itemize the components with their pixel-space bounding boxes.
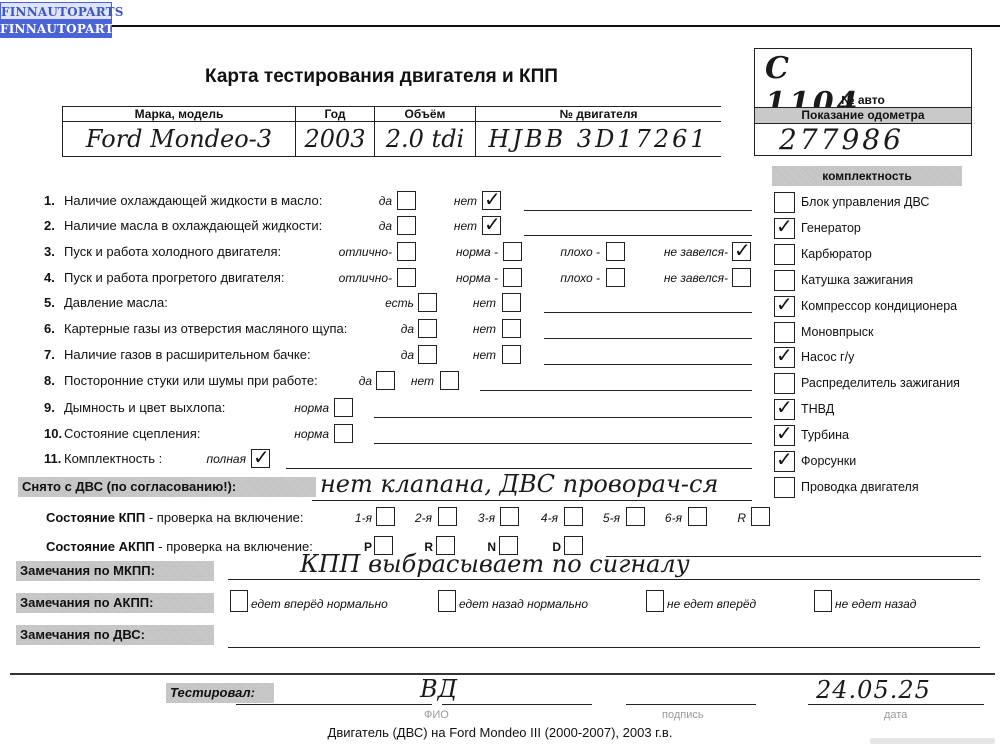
checkbox[interactable] bbox=[732, 242, 751, 261]
akpp-row: Состояние АКПП - проверка на включение: bbox=[46, 539, 313, 554]
checkbox[interactable] bbox=[503, 268, 522, 287]
kpp-gear-label: 1-я bbox=[355, 511, 372, 525]
komplektnost-checkbox[interactable] bbox=[774, 244, 795, 265]
check-number: 1. bbox=[44, 193, 64, 208]
name-caption: ФИО bbox=[424, 709, 449, 721]
check-option-label: нет bbox=[454, 194, 477, 208]
notes-line[interactable] bbox=[544, 364, 752, 365]
check-label: Пуск и работа холодного двигателя: bbox=[64, 244, 281, 259]
check-option-label: нет bbox=[411, 374, 434, 388]
checkbox[interactable] bbox=[502, 293, 521, 312]
checkbox[interactable] bbox=[376, 371, 395, 390]
date-caption: дата bbox=[884, 709, 907, 721]
komplektnost-checkbox[interactable] bbox=[774, 218, 795, 239]
check-label: Наличие масла в охлаждающей жидкости: bbox=[64, 218, 322, 233]
komplektnost-header: комплектность bbox=[772, 166, 962, 186]
col-header-make-model: Марка, модель bbox=[63, 107, 296, 122]
section-divider bbox=[10, 673, 995, 675]
check-row: 2.Наличие масла в охлаждающей жидкости: bbox=[44, 218, 322, 233]
akpp-remark-label: едет назад нормально bbox=[459, 597, 588, 611]
check-number: 9. bbox=[44, 400, 64, 415]
check-row: 11.Комплектность : bbox=[44, 451, 162, 466]
checkbox[interactable] bbox=[606, 268, 625, 287]
checkbox[interactable] bbox=[502, 345, 521, 364]
check-option-label: нет bbox=[454, 219, 477, 233]
notes-line[interactable] bbox=[480, 390, 752, 391]
sign-underline bbox=[626, 704, 756, 705]
year-value[interactable]: 2003 bbox=[296, 122, 375, 157]
removed-underline bbox=[312, 500, 752, 501]
check-label: Наличие охлаждающей жидкости в масло: bbox=[64, 193, 322, 208]
check-option-label: да bbox=[379, 219, 392, 233]
notes-line[interactable] bbox=[374, 443, 752, 444]
check-option-label: плохо - bbox=[560, 245, 600, 259]
volume-value[interactable]: 2.0 tdi bbox=[375, 122, 476, 157]
kpp-gear-checkbox[interactable] bbox=[438, 507, 457, 526]
akpp-remark-checkbox[interactable] bbox=[230, 590, 248, 612]
komplektnost-checkbox[interactable] bbox=[774, 477, 795, 498]
check-option-label: отлично- bbox=[339, 245, 392, 259]
komplektnost-checkbox[interactable] bbox=[774, 270, 795, 291]
kpp-gear-label: R bbox=[737, 511, 746, 525]
check-option-label: норма bbox=[294, 427, 329, 441]
check-row: 3.Пуск и работа холодного двигателя: bbox=[44, 244, 281, 259]
watermark-logo-top: FINNAUTOPARTS bbox=[0, 2, 112, 20]
kpp-gear-label: 3-я bbox=[478, 511, 495, 525]
check-option-label: нет bbox=[473, 296, 496, 310]
kpp-row: Состояние КПП - проверка на включение: bbox=[46, 510, 303, 525]
check-row: 1.Наличие охлаждающей жидкости в масло: bbox=[44, 193, 322, 208]
tested-by-label: Тестировал: bbox=[166, 683, 274, 703]
komplektnost-checkbox[interactable] bbox=[774, 451, 795, 472]
komplektnost-item-label: Форсунки bbox=[801, 454, 856, 468]
date-underline bbox=[808, 704, 984, 705]
kpp-gear-checkbox[interactable] bbox=[751, 507, 770, 526]
notes-line[interactable] bbox=[286, 468, 752, 469]
check-label: Наличие газов в расширительном бачке: bbox=[64, 347, 311, 362]
image-caption: Двигатель (ДВС) на Ford Mondeo III (2000… bbox=[0, 725, 1000, 740]
checkbox[interactable] bbox=[397, 216, 416, 235]
check-row: 8.Посторонние стуки или шумы при работе: bbox=[44, 373, 318, 388]
vehicle-info-table: Марка, модель Год Объём № двигателя Ford… bbox=[62, 106, 721, 157]
remarks-mkpp-underline bbox=[228, 579, 980, 580]
notes-line[interactable] bbox=[374, 417, 752, 418]
check-number: 11. bbox=[44, 451, 64, 466]
komplektnost-checkbox[interactable] bbox=[774, 425, 795, 446]
check-number: 8. bbox=[44, 373, 64, 388]
remarks-akpp-label: Замечания по АКПП: bbox=[16, 593, 214, 613]
komplektnost-item-label: Блок управления ДВС bbox=[801, 195, 929, 209]
akpp-remark-checkbox[interactable] bbox=[814, 590, 832, 612]
check-label: Комплектность : bbox=[64, 451, 162, 466]
remarks-dvs-underline bbox=[228, 647, 980, 648]
akpp-remark-checkbox[interactable] bbox=[438, 590, 456, 612]
kpp-gear-label: 4-я bbox=[541, 511, 558, 525]
checkbox[interactable] bbox=[440, 371, 459, 390]
kpp-gear-label: 5-я bbox=[603, 511, 620, 525]
odometer-label: Показание одометра bbox=[755, 108, 971, 124]
check-option-label: да bbox=[379, 194, 392, 208]
komplektnost-item-label: Насос г/у bbox=[801, 350, 854, 364]
checkbox[interactable] bbox=[397, 268, 416, 287]
check-option-label: полная bbox=[207, 452, 246, 466]
check-label: Состояние сцепления: bbox=[64, 426, 200, 441]
checkbox[interactable] bbox=[418, 319, 437, 338]
sign-caption: подпись bbox=[662, 709, 704, 721]
check-option-label: отлично- bbox=[339, 271, 392, 285]
komplektnost-item-label: Проводка двигателя bbox=[801, 480, 919, 494]
check-number: 4. bbox=[44, 270, 64, 285]
checkbox[interactable] bbox=[503, 242, 522, 261]
checkbox[interactable] bbox=[482, 216, 501, 235]
komplektnost-item-label: Моновпрыск bbox=[801, 325, 873, 339]
check-option-label: да bbox=[401, 348, 414, 362]
check-option-label: да bbox=[359, 374, 372, 388]
check-label: Давление масла: bbox=[64, 295, 168, 310]
check-option-label: есть bbox=[385, 296, 414, 310]
kpp-label-rest: - проверка на включение: bbox=[145, 510, 303, 525]
akpp-remark-checkbox[interactable] bbox=[646, 590, 664, 612]
check-row: 4.Пуск и работа прогретого двигателя: bbox=[44, 270, 284, 285]
check-number: 10. bbox=[44, 426, 64, 441]
akpp-label-bold: Состояние АКПП bbox=[46, 539, 155, 554]
remarks-mkpp-label: Замечания по МКПП: bbox=[16, 561, 214, 581]
check-option-label: норма bbox=[294, 401, 329, 415]
akpp-remark-label: не едет назад bbox=[835, 597, 916, 611]
auto-number-box: C 1104 № авто Показание одометра 277986 bbox=[754, 48, 972, 156]
kpp-gear-checkbox[interactable] bbox=[376, 507, 395, 526]
checkbox[interactable] bbox=[418, 345, 437, 364]
komplektnost-item-label: ТНВД bbox=[801, 402, 834, 416]
kpp-gear-checkbox[interactable] bbox=[688, 507, 707, 526]
remarks-dvs-label: Замечания по ДВС: bbox=[16, 625, 214, 645]
name-underline bbox=[236, 704, 432, 705]
removed-label: Снято с ДВС (по согласованию!): bbox=[18, 477, 316, 497]
komplektnost-checkbox[interactable] bbox=[774, 373, 795, 394]
komplektnost-item-label: Катушка зажигания bbox=[801, 273, 913, 287]
tested-by-name-value[interactable]: ВД bbox=[420, 675, 457, 703]
checkbox[interactable] bbox=[334, 398, 353, 417]
check-option-label: нет bbox=[473, 322, 496, 336]
check-row: 7.Наличие газов в расширительном бачке: bbox=[44, 347, 311, 362]
check-number: 3. bbox=[44, 244, 64, 259]
komplektnost-item-label: Компрессор кондиционера bbox=[801, 299, 957, 313]
odometer-value[interactable]: 277986 bbox=[779, 123, 904, 156]
check-number: 6. bbox=[44, 321, 64, 336]
notes-line[interactable] bbox=[524, 235, 752, 236]
check-option-label: плохо - bbox=[560, 271, 600, 285]
komplektnost-checkbox[interactable] bbox=[774, 192, 795, 213]
check-label: Посторонние стуки или шумы при работе: bbox=[64, 373, 318, 388]
check-label: Картерные газы из отверстия масляного щу… bbox=[64, 321, 347, 336]
kpp-gear-label: 2-я bbox=[415, 511, 432, 525]
checkbox[interactable] bbox=[418, 293, 437, 312]
page-title: Карта тестирования двигателя и КПП bbox=[205, 66, 558, 88]
check-option-label: нет bbox=[473, 348, 496, 362]
kpp-gear-checkbox[interactable] bbox=[626, 507, 645, 526]
kpp-label-bold: Состояние КПП bbox=[46, 510, 145, 525]
check-number: 5. bbox=[44, 295, 64, 310]
col-header-engine-number: № двигателя bbox=[476, 107, 722, 122]
removed-value[interactable]: нет клапана, ДВС проворач-ся bbox=[320, 470, 718, 498]
komplektnost-item-label: Распределитель зажигания bbox=[801, 376, 960, 390]
notes-line[interactable] bbox=[544, 338, 752, 339]
check-option-label: не завелся- bbox=[664, 271, 728, 285]
date-value[interactable]: 24.05.25 bbox=[816, 676, 931, 704]
komplektnost-item-label: Турбина bbox=[801, 428, 849, 442]
check-row: 6.Картерные газы из отверстия масляного … bbox=[44, 321, 347, 336]
akpp-label-rest: - проверка на включение: bbox=[155, 539, 313, 554]
check-option-label: норма - bbox=[456, 245, 498, 259]
check-row: 9.Дымность и цвет выхлопа: bbox=[44, 400, 225, 415]
kpp-gear-checkbox[interactable] bbox=[500, 507, 519, 526]
checkbox[interactable] bbox=[251, 449, 270, 468]
make-model-value[interactable]: Ford Mondeo-3 bbox=[63, 122, 296, 157]
komplektnost-checkbox[interactable] bbox=[774, 322, 795, 343]
footer-watermark-text bbox=[870, 738, 995, 744]
check-label: Дымность и цвет выхлопа: bbox=[64, 400, 225, 415]
checkbox[interactable] bbox=[397, 242, 416, 261]
komplektnost-item-label: Карбюратор bbox=[801, 247, 872, 261]
col-header-volume: Объём bbox=[375, 107, 476, 122]
checkbox[interactable] bbox=[397, 191, 416, 210]
notes-line[interactable] bbox=[544, 312, 752, 313]
kpp-gear-checkbox[interactable] bbox=[564, 507, 583, 526]
checkbox[interactable] bbox=[502, 319, 521, 338]
komplektnost-checkbox[interactable] bbox=[774, 296, 795, 317]
check-label: Пуск и работа прогретого двигателя: bbox=[64, 270, 284, 285]
check-number: 2. bbox=[44, 218, 64, 233]
akpp-remark-label: едет вперёд нормально bbox=[251, 597, 388, 611]
checkbox[interactable] bbox=[606, 242, 625, 261]
name-underline-2 bbox=[442, 704, 592, 705]
komplektnost-checkbox[interactable] bbox=[774, 347, 795, 368]
checkbox[interactable] bbox=[732, 268, 751, 287]
auto-number-label: № авто bbox=[755, 93, 971, 108]
check-option-label: не завелся- bbox=[664, 245, 728, 259]
check-row: 10.Состояние сцепления: bbox=[44, 426, 200, 441]
checkbox[interactable] bbox=[334, 424, 353, 443]
komplektnost-item-label: Генератор bbox=[801, 221, 861, 235]
kpp-gear-label: 6-я bbox=[665, 511, 682, 525]
checkbox[interactable] bbox=[482, 191, 501, 210]
check-option-label: да bbox=[401, 322, 414, 336]
watermark-logo-bottom: FINNAUTOPARTS bbox=[0, 20, 112, 38]
check-row: 5.Давление масла: bbox=[44, 295, 168, 310]
notes-line[interactable] bbox=[524, 210, 752, 211]
check-number: 7. bbox=[44, 347, 64, 362]
akpp-remark-label: не едет вперёд bbox=[667, 597, 756, 611]
check-option-label: норма - bbox=[456, 271, 498, 285]
col-header-year: Год bbox=[296, 107, 375, 122]
komplektnost-checkbox[interactable] bbox=[774, 399, 795, 420]
engine-number-value[interactable]: HJBB 3D17261 bbox=[476, 122, 722, 157]
remarks-mkpp-value[interactable]: КПП выбрасывает по сигналу bbox=[300, 550, 690, 578]
top-border-line bbox=[112, 25, 1000, 27]
